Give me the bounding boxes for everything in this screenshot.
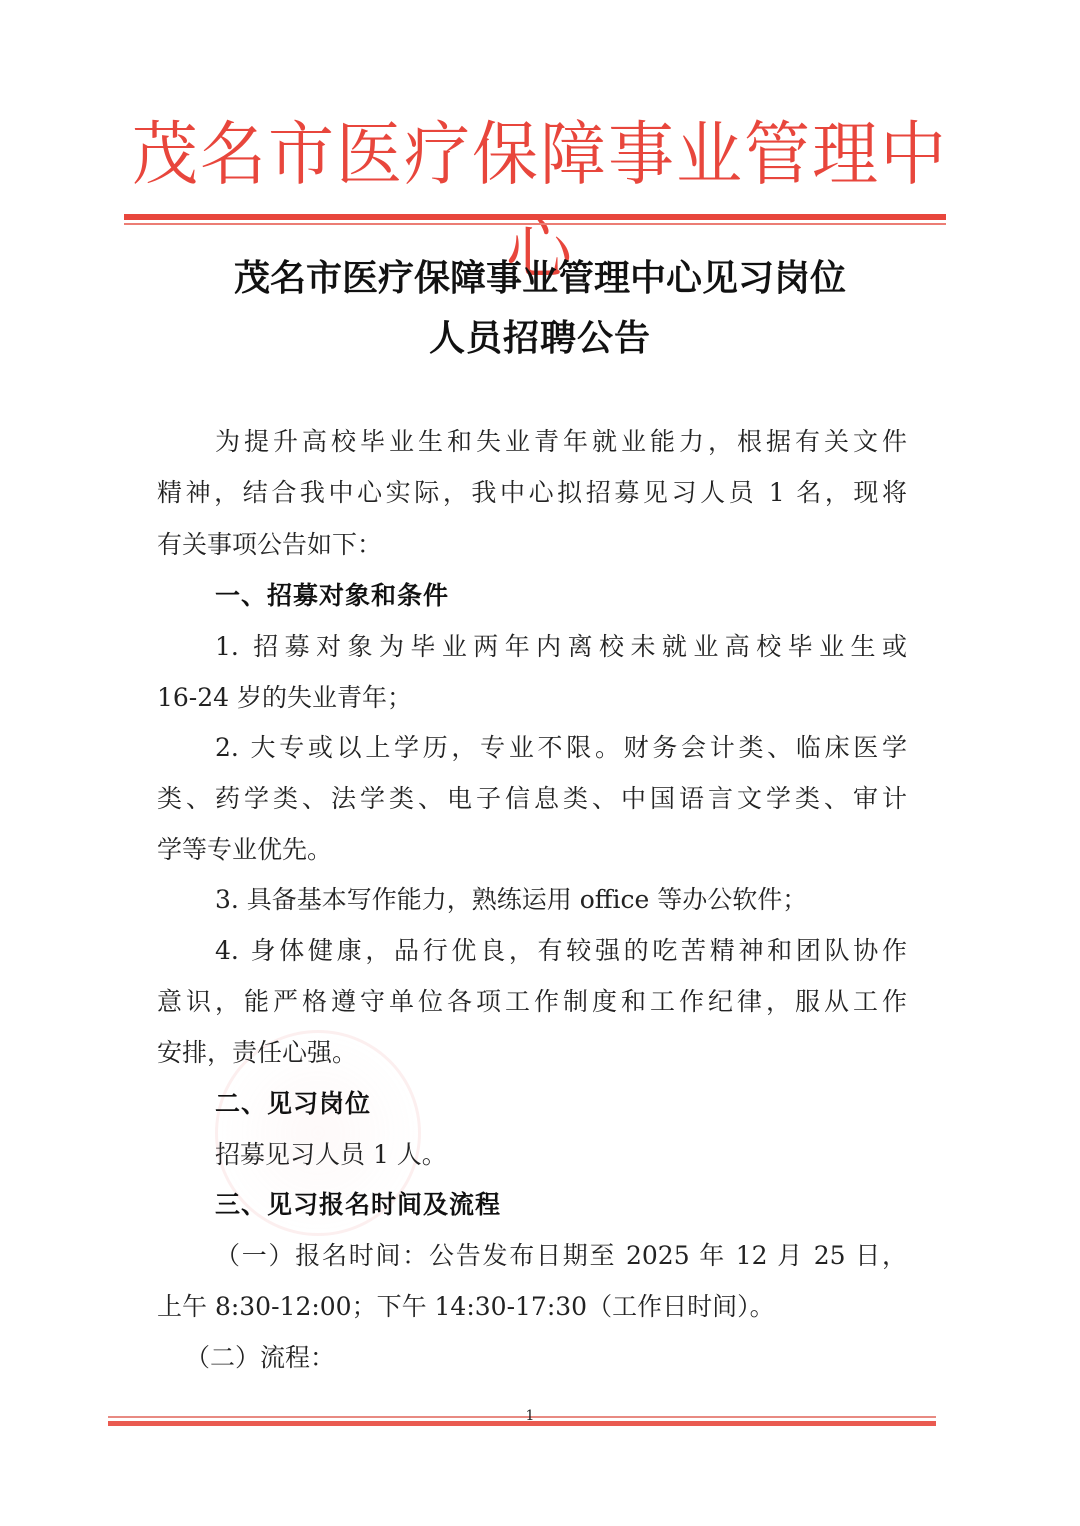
item-4-line-3: 安排，责任心强。	[157, 1035, 907, 1071]
sub-2-line-1: （二）流程：	[185, 1340, 935, 1376]
document-title-line-1: 茂名市医疗保障事业管理中心见习岗位	[100, 250, 980, 301]
section-2-body: 招募见习人员 1 人。	[215, 1137, 907, 1173]
item-3-line-1: 3. 具备基本写作能力，熟练运用 office 等办公软件；	[215, 882, 907, 918]
item-4-line-1: 4. 身体健康，品行优良，有较强的吃苦精神和团队协作	[215, 933, 907, 969]
section-3-heading: 三、见习报名时间及流程	[215, 1187, 907, 1223]
document-title-line-2: 人员招聘公告	[100, 310, 980, 361]
item-1-line-2: 16-24 岁的失业青年；	[157, 680, 907, 716]
item-2-line-1: 2. 大专或以上学历，专业不限。财务会计类、临床医学	[215, 730, 907, 766]
masthead-rule-thick	[124, 214, 946, 220]
masthead-rule-thin	[124, 223, 946, 225]
sub-1-line-1: （一）报名时间：公告发布日期至 2025 年 12 月 25 日，	[215, 1238, 907, 1274]
section-2-heading: 二、见习岗位	[215, 1086, 907, 1122]
sub-1-line-2: 上午 8:30-12:00；下午 14:30-17:30（工作日时间）。	[157, 1289, 907, 1325]
item-4-line-2: 意识，能严格遵守单位各项工作制度和工作纪律，服从工作	[157, 984, 907, 1020]
item-1-line-1: 1. 招募对象为毕业两年内离校未就业高校毕业生或	[215, 629, 907, 665]
page-number: 1	[520, 1408, 540, 1424]
section-1-heading: 一、招募对象和条件	[215, 578, 907, 614]
item-2-line-3: 学等专业优先。	[157, 832, 907, 868]
intro-line-1: 为提升高校毕业生和失业青年就业能力，根据有关文件	[215, 424, 907, 460]
intro-line-2: 精神，结合我中心实际，我中心拟招募见习人员 1 名，现将	[157, 475, 907, 511]
item-2-line-2: 类、药学类、法学类、电子信息类、中国语言文学类、审计	[157, 781, 907, 817]
intro-line-3: 有关事项公告如下：	[157, 527, 907, 563]
